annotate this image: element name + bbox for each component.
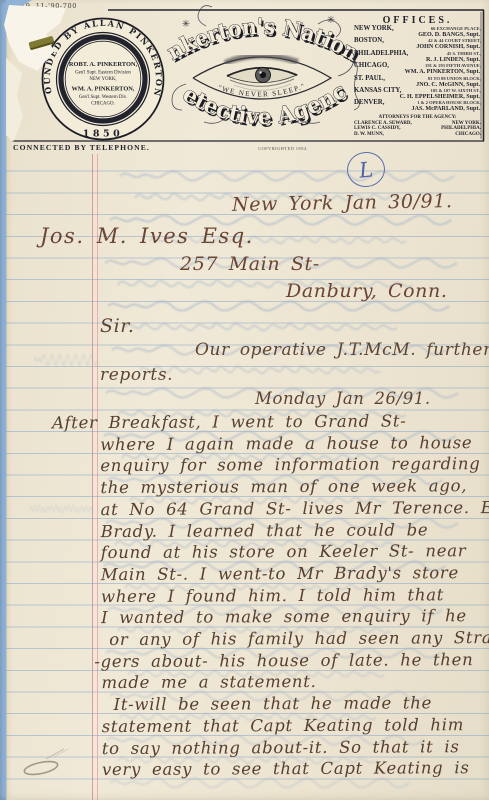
handwriting-line: statement that Capt Keating told him bbox=[102, 714, 489, 738]
star-ornament-left: ✳ bbox=[182, 19, 190, 30]
office-city: NEW YORK, bbox=[354, 26, 394, 32]
seal-line-5: Gen'l Supt. Western Div. bbox=[79, 95, 127, 100]
seal-line-1: ROBT. A. PINKERTON, bbox=[69, 61, 138, 68]
handwriting-line: to say nothing about-it. So that it is bbox=[102, 735, 489, 759]
office-city: KANSAS CITY, bbox=[354, 88, 401, 94]
office-city: DENVER, bbox=[354, 100, 384, 106]
handwriting-line: made me a statement. bbox=[101, 670, 489, 694]
office-entry: DENVER, 1 & 2 OPERA HOUSE BLOCK, JAS. Mc… bbox=[354, 100, 481, 112]
handwriting-line: where I again made a house to house bbox=[100, 432, 489, 456]
seal-line-3: NEW YORK, bbox=[89, 77, 116, 82]
seal-line-2: Gen'l Supt. Eastern Division bbox=[75, 71, 131, 76]
attorney-city: CHICAGO. bbox=[455, 132, 481, 138]
page-mark-letter: L bbox=[358, 157, 374, 182]
handwriting-line: -gers about- his house of late. he then bbox=[94, 649, 489, 673]
handwriting-line: found at his store on Keeler St- near bbox=[101, 540, 489, 564]
handwriting-line: After Breakfast, I went to Grand St- bbox=[52, 410, 489, 434]
handwritten-salutation: Sir. bbox=[100, 315, 135, 337]
seal-year: 1850 bbox=[83, 129, 123, 140]
office-city: ST. PAUL, bbox=[354, 76, 385, 82]
office-entry: BOSTON, 42 & 44 COURT STREET, JOHN CORNI… bbox=[354, 38, 481, 50]
attorneys-list: CLARENCE A. SEWARD, NEW YORK. LEWIS C. C… bbox=[354, 121, 481, 138]
handwriting-line: Brady. I learned that he could be bbox=[101, 518, 489, 542]
offices-list: NEW YORK, 66 EXCHANGE PLACE, GEO. D. BAN… bbox=[354, 26, 481, 113]
handwriting-line: the mysterious man of one week ago, bbox=[100, 475, 489, 499]
star-ornament-right: ✳ bbox=[327, 15, 335, 26]
copyright-note: COPYRIGHTED 1894. bbox=[237, 146, 329, 151]
pencil-annotation bbox=[0, 735, 90, 800]
seal-line-6: CHICAGO. bbox=[91, 102, 115, 107]
letter-body: After Breakfast, I went to Grand St-wher… bbox=[100, 410, 489, 781]
office-superintendent: JAS. McPARLAND, Supt. bbox=[354, 106, 481, 112]
handwriting-line: Main St-. I went-to Mr Brady's store bbox=[101, 562, 489, 586]
handwriting-line: at No 64 Grand St- lives Mr Terence. E. bbox=[100, 497, 489, 521]
handwriting-line: or any of his family had seen any Stran- bbox=[109, 627, 489, 651]
seal-line-4: WM. A. PINKERTON, bbox=[71, 86, 134, 93]
handwriting-line: I wanted to make some enquiry if he bbox=[101, 605, 489, 629]
handwritten-report-date: Monday Jan 26/91. bbox=[255, 389, 431, 408]
handwritten-intro-line-1: Our operative J.T.McM. further bbox=[195, 340, 489, 360]
offices-panel: OFFICES. NEW YORK, 66 EXCHANGE PLACE, GE… bbox=[354, 15, 481, 137]
telephone-note: CONNECTED BY TELEPHONE. bbox=[13, 143, 150, 152]
office-city: PHILADELPHIA, bbox=[354, 51, 408, 57]
office-entry: CHICAGO, 191 & 193 FIFTH AVENUE, WM. A. … bbox=[354, 63, 481, 75]
handwriting-line: very easy to see that Capt Keating is bbox=[102, 757, 489, 781]
office-city: BOSTON, bbox=[354, 38, 384, 44]
office-city: CHICAGO, bbox=[354, 63, 389, 69]
handwritten-address-street: 257 Main St- bbox=[180, 253, 320, 275]
scanned-letter-page: FOUNDED BY ALLAN PINKERTON. 1850 ROBT. A… bbox=[0, 0, 489, 800]
office-address: 45 S. THIRD ST., bbox=[447, 51, 481, 57]
office-address: 83 TO 88 UNION BLOCK, bbox=[428, 76, 481, 82]
handwriting-line: where I found him. I told him that bbox=[101, 584, 489, 608]
handwriting-line: It-will be seen that he made the bbox=[114, 692, 489, 716]
handwritten-addressee: Jos. M. Ives Esq. bbox=[40, 224, 254, 248]
attorney-name: D. W. MUNN, bbox=[354, 132, 384, 138]
handwritten-address-city: Danbury, Conn. bbox=[286, 280, 447, 302]
handwriting-line: enquiry for some information regarding bbox=[100, 453, 489, 477]
attorney-entry: D. W. MUNN, CHICAGO. bbox=[354, 132, 481, 138]
handwritten-intro-line-2: reports. bbox=[100, 365, 173, 385]
handwritten-dateline: New York Jan 30/91. bbox=[232, 190, 453, 216]
